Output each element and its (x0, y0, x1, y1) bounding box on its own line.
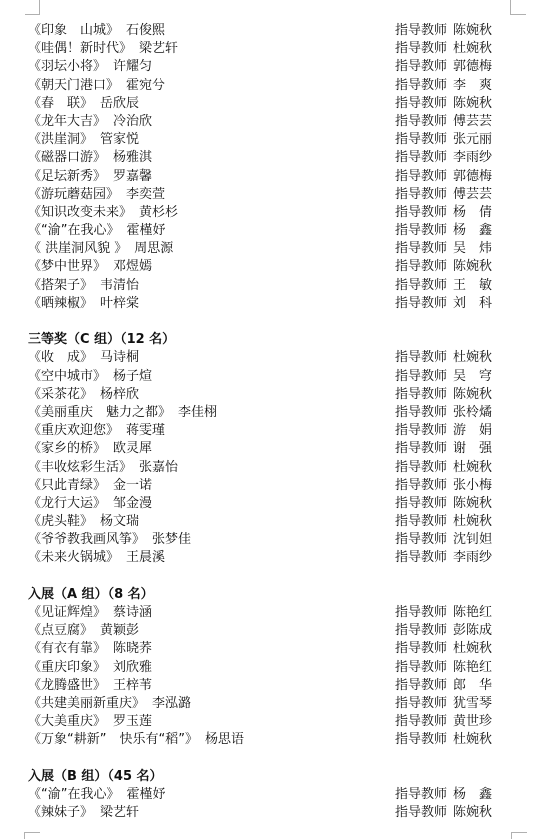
teacher-info: 指导教师杜婉秋 (395, 459, 492, 477)
artwork-title: 《春 联》 (28, 96, 93, 111)
entry-left: 《龙腾盛世》王梓苇 (28, 678, 152, 693)
student-name: 蔡诗涵 (113, 605, 152, 620)
teacher-label: 指导教师 (395, 387, 447, 402)
entry-left: 《重庆印象》刘欣雅 (28, 660, 152, 675)
teacher-label: 指导教师 (395, 696, 447, 711)
student-name: 管家悦 (100, 132, 139, 147)
artwork-title: 《哇偶！新时代》 (28, 41, 132, 56)
artwork-title: 《羽坛小将》 (28, 59, 106, 74)
student-name: 欧灵犀 (113, 441, 152, 456)
entry-left: 《“渝”在我心》霍槿妤 (28, 223, 166, 238)
artwork-title: 《未来火锅城》 (28, 550, 119, 565)
artwork-title: 《收 成》 (28, 350, 93, 365)
teacher-name: 杜婉秋 (453, 514, 492, 529)
teacher-info: 指导教师陈婉秋 (395, 258, 492, 276)
teacher-name: 杨 倩 (453, 205, 492, 220)
entry-row: 《丰收炫彩生活》张嘉怡指导教师杜婉秋 (28, 459, 522, 477)
artwork-title: 《龙行大运》 (28, 496, 106, 511)
artwork-title: 《足坛新秀》 (28, 169, 106, 184)
teacher-name: 杜婉秋 (453, 41, 492, 56)
student-name: 陈晓荞 (113, 641, 152, 656)
artwork-title: 《 洪崖洞风貌 》 (28, 241, 127, 256)
teacher-name: 杜婉秋 (453, 641, 492, 656)
teacher-name: 李 爽 (453, 78, 492, 93)
entry-row: 《空中城市》杨子煊指导教师吴 穹 (28, 368, 522, 386)
document-page: 《印象 山城》石俊熙指导教师陈婉秋《哇偶！新时代》梁艺轩指导教师杜婉秋《羽坛小将… (0, 0, 542, 839)
entry-row: 《辣妹子》梁艺轩指导教师陈婉秋 (28, 804, 522, 822)
teacher-name: 陈婉秋 (453, 496, 492, 511)
teacher-info: 指导教师陈婉秋 (395, 95, 492, 113)
student-name: 杨子煊 (113, 369, 152, 384)
artwork-title: 《采茶花》 (28, 387, 93, 402)
entry-row: 《万象“耕新” 快乐有“稻”》杨思语指导教师杜婉秋 (28, 731, 522, 749)
artwork-title: 《丰收炫彩生活》 (28, 460, 132, 475)
entry-row: 《爷爷教我画风筝》张梦佳指导教师沈钊妲 (28, 531, 522, 549)
artwork-title: 《有衣有靠》 (28, 641, 106, 656)
entry-left: 《见证辉煌》蔡诗涵 (28, 605, 152, 620)
teacher-label: 指导教师 (395, 732, 447, 747)
entry-row: 《家乡的桥》欧灵犀指导教师谢 强 (28, 440, 522, 458)
teacher-info: 指导教师吴 炜 (395, 240, 492, 258)
entry-left: 《重庆欢迎您》蒋雯瑾 (28, 423, 165, 438)
teacher-label: 指导教师 (395, 369, 447, 384)
entry-left: 《哇偶！新时代》梁艺轩 (28, 41, 178, 56)
entry-left: 《梦中世界》邓煜嫣 (28, 259, 152, 274)
student-name: 李佳栩 (178, 405, 217, 420)
teacher-label: 指导教师 (395, 114, 447, 129)
entry-left: 《“渝”在我心》霍槿妤 (28, 787, 166, 802)
artwork-title: 《大美重庆》 (28, 714, 106, 729)
entry-left: 《只此青绿》金一诺 (28, 478, 152, 493)
artwork-title: 《“渝”在我心》 (28, 223, 119, 238)
teacher-info: 指导教师李雨纱 (395, 549, 492, 567)
teacher-info: 指导教师郭德梅 (395, 168, 492, 186)
entry-row: 《洪崖洞》管家悦指导教师张元丽 (28, 131, 522, 149)
teacher-info: 指导教师刘 科 (395, 295, 492, 313)
teacher-label: 指导教师 (395, 132, 447, 147)
entry-left: 《龙年大吉》冷治欣 (28, 114, 152, 129)
entry-left: 《游玩蘑菇园》李奕萱 (28, 187, 165, 202)
student-name: 杨思语 (205, 732, 244, 747)
entry-left: 《朝天门港口》霍宛兮 (28, 78, 165, 93)
entry-row: 《重庆印象》刘欣雅指导教师陈艳红 (28, 659, 522, 677)
entry-row: 《哇偶！新时代》梁艺轩指导教师杜婉秋 (28, 40, 522, 58)
teacher-info: 指导教师陈婉秋 (395, 495, 492, 513)
teacher-info: 指导教师杨 鑫 (395, 222, 492, 240)
teacher-name: 黄世珍 (453, 714, 492, 729)
entry-row: 《游玩蘑菇园》李奕萱指导教师傅芸芸 (28, 186, 522, 204)
student-name: 冷治欣 (113, 114, 152, 129)
entry-row: 《“渝”在我心》霍槿妤指导教师杨 鑫 (28, 786, 522, 804)
artwork-title: 《虎头鞋》 (28, 514, 93, 529)
teacher-label: 指导教师 (395, 78, 447, 93)
entry-row: 《美丽重庆 魅力之都》李佳栩指导教师张柃燏 (28, 404, 522, 422)
blank-line (28, 750, 522, 768)
entry-row: 《“渝”在我心》霍槿妤指导教师杨 鑫 (28, 222, 522, 240)
student-name: 黄杉杉 (139, 205, 178, 220)
entry-row: 《知识改变未来》黄杉杉指导教师杨 倩 (28, 204, 522, 222)
teacher-name: 吴 穹 (453, 369, 492, 384)
teacher-label: 指导教师 (395, 496, 447, 511)
artwork-title: 《点豆腐》 (28, 623, 93, 638)
teacher-label: 指导教师 (395, 641, 447, 656)
teacher-info: 指导教师杜婉秋 (395, 513, 492, 531)
teacher-name: 犹雪琴 (453, 696, 492, 711)
artwork-title: 《印象 山城》 (28, 23, 119, 38)
teacher-label: 指导教师 (395, 187, 447, 202)
teacher-info: 指导教师彭陈成 (395, 622, 492, 640)
entry-left: 《未来火锅城》王晨溪 (28, 550, 165, 565)
teacher-label: 指导教师 (395, 423, 447, 438)
student-name: 霍槿妤 (126, 223, 165, 238)
entry-row: 《晒辣椒》叶梓棠指导教师刘 科 (28, 295, 522, 313)
entry-row: 《朝天门港口》霍宛兮指导教师李 爽 (28, 77, 522, 95)
teacher-label: 指导教师 (395, 460, 447, 475)
entry-left: 《丰收炫彩生活》张嘉怡 (28, 460, 178, 475)
artwork-title: 《空中城市》 (28, 369, 106, 384)
teacher-info: 指导教师张柃燏 (395, 404, 492, 422)
artwork-title: 《游玩蘑菇园》 (28, 187, 119, 202)
teacher-name: 王 敏 (453, 278, 492, 293)
student-name: 许耀匀 (113, 59, 152, 74)
student-name: 叶梓棠 (100, 296, 139, 311)
teacher-info: 指导教师陈艳红 (395, 604, 492, 622)
teacher-label: 指导教师 (395, 59, 447, 74)
entry-left: 《大美重庆》罗玉莲 (28, 714, 152, 729)
entry-row: 《只此青绿》金一诺指导教师张小梅 (28, 477, 522, 495)
artwork-title: 《辣妹子》 (28, 805, 93, 820)
teacher-label: 指导教师 (395, 478, 447, 493)
entry-row: 《重庆欢迎您》蒋雯瑾指导教师游 娟 (28, 422, 522, 440)
artwork-title: 《朝天门港口》 (28, 78, 119, 93)
teacher-name: 谢 强 (453, 441, 492, 456)
teacher-label: 指导教师 (395, 296, 447, 311)
student-name: 王梓苇 (113, 678, 152, 693)
entry-row: 《收 成》马诗桐指导教师杜婉秋 (28, 349, 522, 367)
margin-crop-mark-bottom-right (511, 832, 527, 839)
teacher-name: 陈婉秋 (453, 387, 492, 402)
teacher-name: 陈艳红 (453, 605, 492, 620)
teacher-label: 指导教师 (395, 714, 447, 729)
teacher-info: 指导教师杜婉秋 (395, 40, 492, 58)
teacher-name: 陈婉秋 (453, 259, 492, 274)
margin-crop-mark-top-left (25, 0, 40, 15)
teacher-label: 指导教师 (395, 605, 447, 620)
student-name: 邓煜嫣 (113, 259, 152, 274)
entry-row: 《见证辉煌》蔡诗涵指导教师陈艳红 (28, 604, 522, 622)
entry-left: 《有衣有靠》陈晓荞 (28, 641, 152, 656)
entry-left: 《 洪崖洞风貌 》周思源 (28, 241, 173, 256)
artwork-title: 《梦中世界》 (28, 259, 106, 274)
teacher-info: 指导教师游 娟 (395, 422, 492, 440)
artwork-title: 《磁器口游》 (28, 150, 106, 165)
teacher-name: 杨 鑫 (453, 787, 492, 802)
teacher-label: 指导教师 (395, 678, 447, 693)
entry-left: 《洪崖洞》管家悦 (28, 132, 139, 147)
teacher-info: 指导教师谢 强 (395, 440, 492, 458)
student-name: 李泓潞 (152, 696, 191, 711)
entry-row: 《印象 山城》石俊熙指导教师陈婉秋 (28, 22, 522, 40)
artwork-title: 《知识改变未来》 (28, 205, 132, 220)
student-name: 刘欣雅 (113, 660, 152, 675)
entry-left: 《空中城市》杨子煊 (28, 369, 152, 384)
teacher-name: 郭德梅 (453, 169, 492, 184)
teacher-info: 指导教师傅芸芸 (395, 186, 492, 204)
teacher-info: 指导教师杨 倩 (395, 204, 492, 222)
student-name: 霍宛兮 (126, 78, 165, 93)
teacher-label: 指导教师 (395, 223, 447, 238)
entry-row: 《足坛新秀》罗嘉馨指导教师郭德梅 (28, 168, 522, 186)
entry-row: 《羽坛小将》许耀匀指导教师郭德梅 (28, 58, 522, 76)
teacher-name: 杜婉秋 (453, 460, 492, 475)
teacher-info: 指导教师李 爽 (395, 77, 492, 95)
teacher-label: 指导教师 (395, 623, 447, 638)
teacher-label: 指导教师 (395, 241, 447, 256)
entry-left: 《晒辣椒》叶梓棠 (28, 296, 139, 311)
teacher-name: 吴 炜 (453, 241, 492, 256)
document-content: 《印象 山城》石俊熙指导教师陈婉秋《哇偶！新时代》梁艺轩指导教师杜婉秋《羽坛小将… (28, 22, 522, 822)
entry-row: 《春 联》岳欣辰指导教师陈婉秋 (28, 95, 522, 113)
student-name: 杨文瑞 (100, 514, 139, 529)
student-name: 张嘉怡 (139, 460, 178, 475)
teacher-label: 指导教师 (395, 350, 447, 365)
student-name: 李奕萱 (126, 187, 165, 202)
teacher-label: 指导教师 (395, 150, 447, 165)
entry-left: 《春 联》岳欣辰 (28, 96, 139, 111)
teacher-name: 沈钊妲 (453, 532, 492, 547)
student-name: 梁艺轩 (100, 805, 139, 820)
section-heading: 入展（B 组）（45 名） (28, 768, 522, 786)
entry-left: 《爷爷教我画风筝》张梦佳 (28, 532, 191, 547)
entry-left: 《万象“耕新” 快乐有“稻”》杨思语 (28, 732, 244, 747)
artwork-title: 《重庆欢迎您》 (28, 423, 119, 438)
teacher-info: 指导教师陈婉秋 (395, 804, 492, 822)
teacher-label: 指导教师 (395, 405, 447, 420)
entry-left: 《共建美丽新重庆》李泓潞 (28, 696, 191, 711)
teacher-name: 游 娟 (453, 423, 492, 438)
section-heading: 三等奖（C 组）（12 名） (28, 331, 522, 349)
blank-line (28, 568, 522, 586)
artwork-title: 《见证辉煌》 (28, 605, 106, 620)
student-name: 邹金漫 (113, 496, 152, 511)
entry-left: 《美丽重庆 魅力之都》李佳栩 (28, 405, 217, 420)
student-name: 蒋雯瑾 (126, 423, 165, 438)
entry-row: 《采茶花》杨梓欣指导教师陈婉秋 (28, 386, 522, 404)
teacher-name: 傅芸芸 (453, 114, 492, 129)
teacher-label: 指导教师 (395, 259, 447, 274)
teacher-label: 指导教师 (395, 278, 447, 293)
margin-crop-mark-top-right (510, 0, 526, 15)
teacher-info: 指导教师陈艳红 (395, 659, 492, 677)
entry-row: 《有衣有靠》陈晓荞指导教师杜婉秋 (28, 640, 522, 658)
teacher-info: 指导教师沈钊妲 (395, 531, 492, 549)
student-name: 石俊熙 (126, 23, 165, 38)
entry-row: 《点豆腐》黄颖彭指导教师彭陈成 (28, 622, 522, 640)
artwork-title: 《美丽重庆 魅力之都》 (28, 405, 171, 420)
teacher-name: 郎 华 (453, 678, 492, 693)
teacher-label: 指导教师 (395, 660, 447, 675)
teacher-info: 指导教师王 敏 (395, 277, 492, 295)
artwork-title: 《爷爷教我画风筝》 (28, 532, 145, 547)
entry-left: 《足坛新秀》罗嘉馨 (28, 169, 152, 184)
teacher-name: 李雨纱 (453, 550, 492, 565)
teacher-name: 彭陈成 (453, 623, 492, 638)
entry-left: 《收 成》马诗桐 (28, 350, 139, 365)
artwork-title: 《晒辣椒》 (28, 296, 93, 311)
student-name: 罗玉莲 (113, 714, 152, 729)
entry-row: 《龙行大运》邹金漫指导教师陈婉秋 (28, 495, 522, 513)
student-name: 霍槿妤 (126, 787, 165, 802)
artwork-title: 《“渝”在我心》 (28, 787, 119, 802)
student-name: 黄颖彭 (100, 623, 139, 638)
teacher-name: 刘 科 (453, 296, 492, 311)
teacher-name: 陈婉秋 (453, 23, 492, 38)
teacher-info: 指导教师杜婉秋 (395, 640, 492, 658)
student-name: 岳欣辰 (100, 96, 139, 111)
teacher-label: 指导教师 (395, 441, 447, 456)
teacher-name: 张小梅 (453, 478, 492, 493)
student-name: 金一诺 (113, 478, 152, 493)
student-name: 张梦佳 (152, 532, 191, 547)
teacher-name: 杜婉秋 (453, 732, 492, 747)
student-name: 周思源 (134, 241, 173, 256)
teacher-name: 张柃燏 (453, 405, 492, 420)
entry-left: 《点豆腐》黄颖彭 (28, 623, 139, 638)
teacher-info: 指导教师黄世珍 (395, 713, 492, 731)
entry-left: 《辣妹子》梁艺轩 (28, 805, 139, 820)
margin-crop-mark-bottom-left (24, 832, 40, 839)
teacher-info: 指导教师陈婉秋 (395, 22, 492, 40)
teacher-label: 指导教师 (395, 514, 447, 529)
teacher-label: 指导教师 (395, 550, 447, 565)
blank-line (28, 313, 522, 331)
teacher-name: 陈艳红 (453, 660, 492, 675)
entry-left: 《羽坛小将》许耀匀 (28, 59, 152, 74)
artwork-title: 《洪崖洞》 (28, 132, 93, 147)
teacher-info: 指导教师杨 鑫 (395, 786, 492, 804)
artwork-title: 《万象“耕新” 快乐有“稻”》 (28, 732, 198, 747)
entry-row: 《共建美丽新重庆》李泓潞指导教师犹雪琴 (28, 695, 522, 713)
teacher-info: 指导教师傅芸芸 (395, 113, 492, 131)
teacher-info: 指导教师杜婉秋 (395, 349, 492, 367)
student-name: 马诗桐 (100, 350, 139, 365)
entry-left: 《知识改变未来》黄杉杉 (28, 205, 178, 220)
teacher-info: 指导教师郭德梅 (395, 58, 492, 76)
student-name: 罗嘉馨 (113, 169, 152, 184)
artwork-title: 《只此青绿》 (28, 478, 106, 493)
student-name: 梁艺轩 (139, 41, 178, 56)
teacher-label: 指导教师 (395, 23, 447, 38)
teacher-info: 指导教师郎 华 (395, 677, 492, 695)
section-heading: 入展（A 组）（8 名） (28, 586, 522, 604)
entry-left: 《虎头鞋》杨文瑞 (28, 514, 139, 529)
entry-row: 《大美重庆》罗玉莲指导教师黄世珍 (28, 713, 522, 731)
teacher-info: 指导教师张小梅 (395, 477, 492, 495)
teacher-label: 指导教师 (395, 205, 447, 220)
artwork-title: 《龙腾盛世》 (28, 678, 106, 693)
artwork-title: 《家乡的桥》 (28, 441, 106, 456)
teacher-info: 指导教师犹雪琴 (395, 695, 492, 713)
teacher-name: 郭德梅 (453, 59, 492, 74)
student-name: 杨梓欣 (100, 387, 139, 402)
entry-left: 《印象 山城》石俊熙 (28, 23, 165, 38)
teacher-label: 指导教师 (395, 532, 447, 547)
teacher-info: 指导教师吴 穹 (395, 368, 492, 386)
artwork-title: 《搭架子》 (28, 278, 93, 293)
artwork-title: 《龙年大吉》 (28, 114, 106, 129)
entry-left: 《采茶花》杨梓欣 (28, 387, 139, 402)
teacher-name: 陈婉秋 (453, 805, 492, 820)
artwork-title: 《共建美丽新重庆》 (28, 696, 145, 711)
entry-row: 《虎头鞋》杨文瑞指导教师杜婉秋 (28, 513, 522, 531)
entry-left: 《磁器口游》杨雅淇 (28, 150, 152, 165)
entry-row: 《梦中世界》邓煜嫣指导教师陈婉秋 (28, 258, 522, 276)
teacher-info: 指导教师张元丽 (395, 131, 492, 149)
teacher-name: 李雨纱 (453, 150, 492, 165)
teacher-name: 傅芸芸 (453, 187, 492, 202)
entry-row: 《磁器口游》杨雅淇指导教师李雨纱 (28, 149, 522, 167)
student-name: 韦清怡 (100, 278, 139, 293)
teacher-label: 指导教师 (395, 169, 447, 184)
entry-left: 《家乡的桥》欧灵犀 (28, 441, 152, 456)
entry-left: 《龙行大运》邹金漫 (28, 496, 152, 511)
teacher-label: 指导教师 (395, 96, 447, 111)
entry-row: 《龙年大吉》冷治欣指导教师傅芸芸 (28, 113, 522, 131)
entry-row: 《未来火锅城》王晨溪指导教师李雨纱 (28, 549, 522, 567)
entry-row: 《搭架子》韦清怡指导教师王 敏 (28, 277, 522, 295)
entry-row: 《龙腾盛世》王梓苇指导教师郎 华 (28, 677, 522, 695)
teacher-name: 陈婉秋 (453, 96, 492, 111)
entry-row: 《 洪崖洞风貌 》周思源指导教师吴 炜 (28, 240, 522, 258)
student-name: 王晨溪 (126, 550, 165, 565)
teacher-name: 张元丽 (453, 132, 492, 147)
teacher-label: 指导教师 (395, 41, 447, 56)
entry-left: 《搭架子》韦清怡 (28, 278, 139, 293)
teacher-label: 指导教师 (395, 787, 447, 802)
teacher-name: 杨 鑫 (453, 223, 492, 238)
teacher-label: 指导教师 (395, 805, 447, 820)
teacher-info: 指导教师杜婉秋 (395, 731, 492, 749)
artwork-title: 《重庆印象》 (28, 660, 106, 675)
teacher-name: 杜婉秋 (453, 350, 492, 365)
teacher-info: 指导教师李雨纱 (395, 149, 492, 167)
teacher-info: 指导教师陈婉秋 (395, 386, 492, 404)
student-name: 杨雅淇 (113, 150, 152, 165)
